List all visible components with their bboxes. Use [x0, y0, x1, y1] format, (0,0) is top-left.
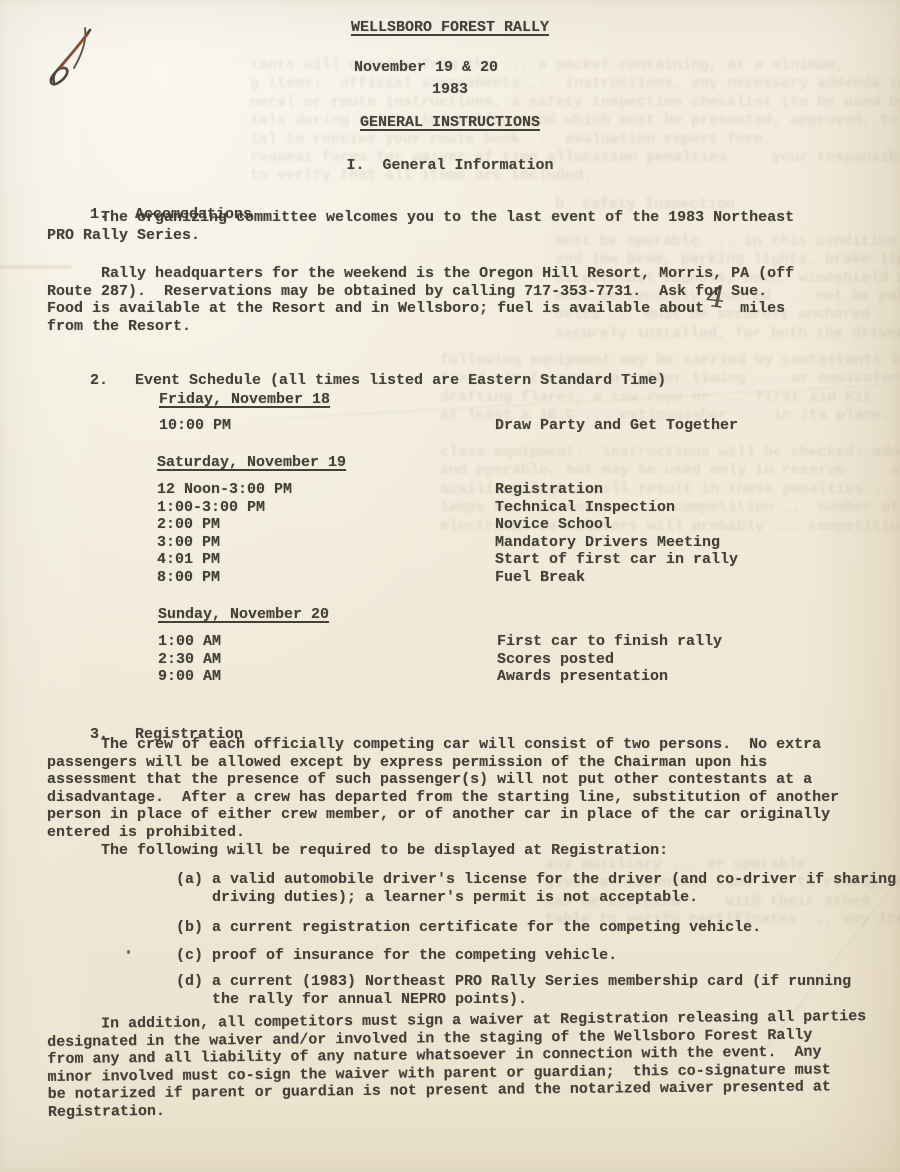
registration-item-d: (d) a current (1983) Northeast PRO Rally… [176, 973, 851, 1008]
registration-requirements-intro: The following will be required to be dis… [47, 842, 668, 860]
schedule-events-friday: Draw Party and Get Together [495, 417, 738, 435]
schedule-times-saturday: 12 Noon-3:00 PM 1:00-3:00 PM 2:00 PM 3:0… [157, 481, 292, 587]
schedule-day-heading-saturday: Saturday, November 19 [157, 454, 346, 472]
section-2-title: Event Schedule (all times listed are Eas… [135, 372, 666, 389]
section-2-number: 2. [90, 372, 135, 390]
doc-subtitle: GENERAL INSTRUCTIONS [0, 114, 900, 132]
registration-item-a: (a) a valid automobile driver's license … [176, 871, 896, 906]
event-dates: November 19 & 20 [0, 59, 876, 77]
registration-paragraph-1: The crew of each officially competing ca… [47, 736, 839, 842]
registration-waiver-paragraph: In addition, all competitors must sign a… [47, 1008, 867, 1121]
schedule-day-heading-friday: Friday, November 18 [159, 391, 330, 409]
event-year: 1983 [0, 81, 900, 99]
schedule-times-sunday: 1:00 AM 2:30 AM 9:00 AM [158, 633, 221, 686]
accommodations-paragraph-2: Rally headquarters for the weekend is th… [47, 265, 794, 335]
section-2-heading: 2.Event Schedule (all times listed are E… [54, 354, 666, 407]
schedule-events-saturday: Registration Technical Inspection Novice… [495, 481, 738, 587]
page-title: WELLSBORO FOREST RALLY [0, 19, 900, 37]
schedule-day-heading-sunday: Sunday, November 20 [158, 606, 329, 624]
ink-speck [127, 950, 130, 954]
registration-item-c: (c) proof of insurance for the competing… [176, 947, 617, 965]
schedule-events-sunday: First car to finish rally Scores posted … [497, 633, 722, 686]
accommodations-paragraph-1: The organizing committee welcomes you to… [47, 209, 794, 244]
schedule-times-friday: 10:00 PM [159, 417, 231, 435]
scanned-document-page: tants will receive from the ... a packet… [0, 0, 900, 1172]
part-heading: I. General Information [0, 157, 900, 175]
registration-item-b: (b) a current registration certificate f… [176, 919, 761, 937]
